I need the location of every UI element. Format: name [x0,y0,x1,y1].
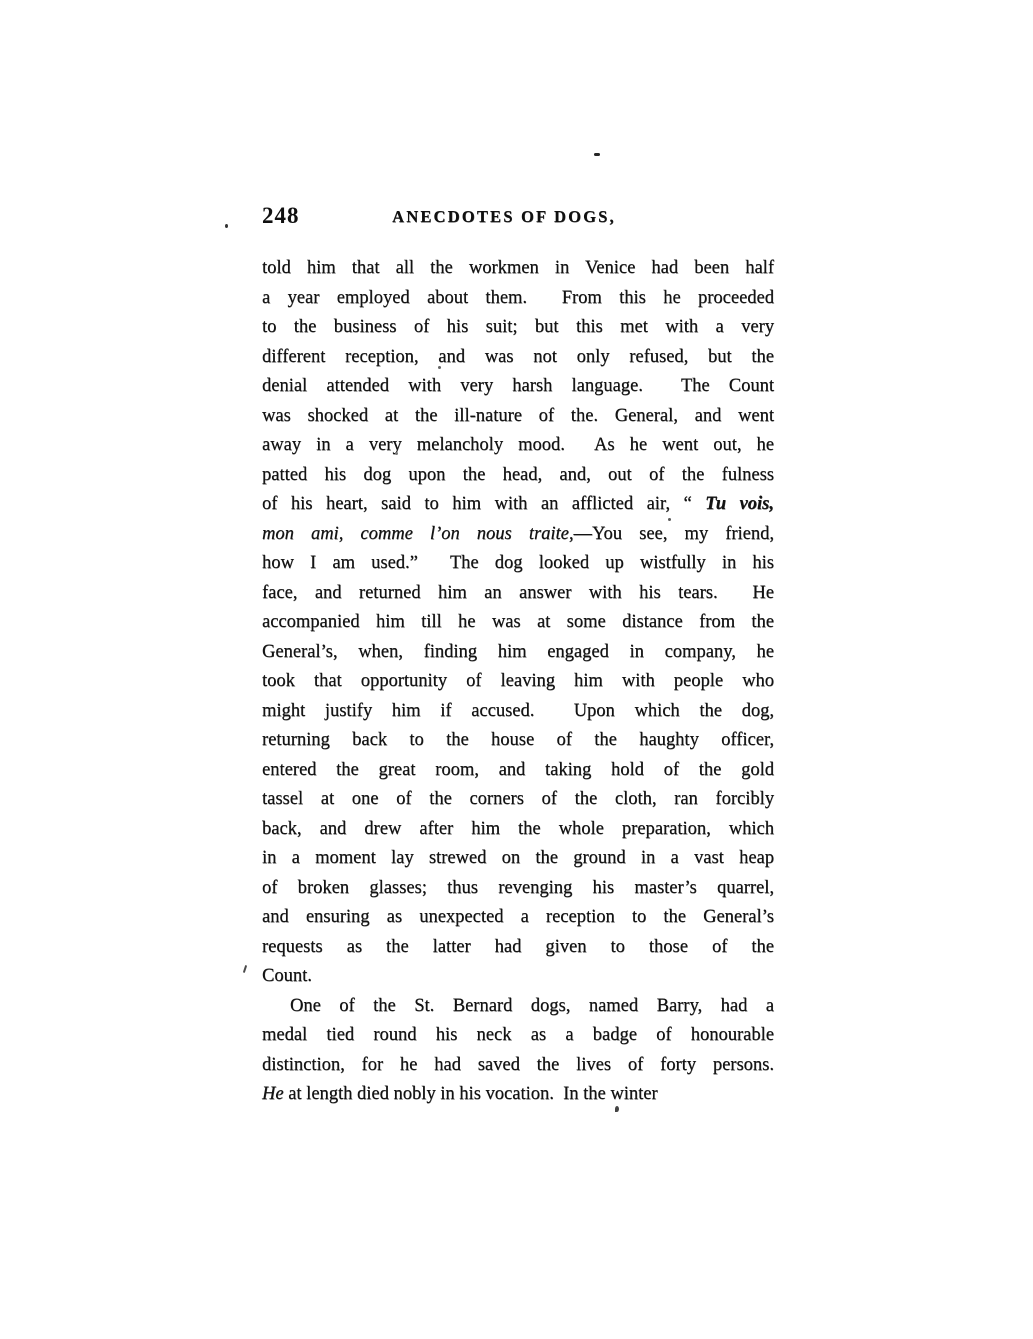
text-line: of his heart, said to him with an afflic… [262,490,774,520]
body-text-block: told him that all the workmen in Venice … [262,254,774,1110]
text-segment: denial attended with very harsh language… [262,376,774,396]
text-line: to the business of his suit; but this me… [262,313,774,343]
book-page: 248 ANECDOTES OF DOGS, told him that all… [0,0,1033,1339]
text-segment: distinction, for he had saved the lives … [262,1055,774,1075]
text-line: tassel at one of the corners of the clot… [262,785,774,815]
text-line: how I am used.” The dog looked up wistfu… [262,549,774,579]
text-line: mon ami, comme l’on nous traite,—You see… [262,520,774,550]
text-line: a year employed about them. From this he… [262,284,774,314]
text-segment: mon ami, comme l’on nous traite, [262,524,574,544]
text-segment: He [262,1084,284,1104]
text-segment: and ensuring as unexpected a reception t… [262,907,774,927]
text-segment: how I am used.” The dog looked up wistfu… [262,553,774,573]
text-line: accompanied him till he was at some dist… [262,608,774,638]
text-segment: One of the St. Bernard dogs, named Barry… [290,996,774,1016]
text-segment: —You see, my friend, [574,524,774,544]
text-segment: Tu vois, [705,494,774,514]
text-segment: tassel at one of the corners of the clot… [262,789,774,809]
text-segment: was shocked at the ill-nature of the. Ge… [262,406,774,426]
text-segment: back, and drew after him the whole prepa… [262,819,774,839]
text-line: patted his dog upon the head, and, out o… [262,461,774,491]
text-line: returning back to the house of the haugh… [262,726,774,756]
text-segment: medal tied round his neck as a badge of … [262,1025,774,1045]
text-line: face, and returned him an answer with hi… [262,579,774,609]
text-line: and ensuring as unexpected a reception t… [262,903,774,933]
scan-speck [395,452,398,455]
text-line: He at length died nobly in his vocation.… [262,1080,774,1110]
scan-speck [225,224,228,228]
text-line: away in a very melancholy mood. As he we… [262,431,774,461]
text-line: denial attended with very harsh language… [262,372,774,402]
text-line: might justify him if accused. Upon which… [262,697,774,727]
text-segment: might justify him if accused. Upon which… [262,701,774,721]
text-line: Count. [262,962,774,992]
text-segment: returning back to the house of the haugh… [262,730,774,750]
running-head-title: ANECDOTES OF DOGS, [248,207,760,227]
scan-speck [594,153,600,156]
scan-speck [438,366,441,369]
text-line: told him that all the workmen in Venice … [262,254,774,284]
text-segment: away in a very melancholy mood. As he we… [262,435,774,455]
text-line: entered the great room, and taking hold … [262,756,774,786]
text-segment: Count. [262,966,312,986]
text-line: requests as the latter had given to thos… [262,933,774,963]
text-segment: of his heart, said to him with an afflic… [262,494,705,514]
text-segment: of broken glasses; thus revenging his ma… [262,878,774,898]
text-segment: different reception, and was not only re… [262,347,774,367]
text-segment: requests as the latter had given to thos… [262,937,774,957]
text-line: back, and drew after him the whole prepa… [262,815,774,845]
text-line: was shocked at the ill-nature of the. Ge… [262,402,774,432]
text-segment: accompanied him till he was at some dist… [262,612,774,632]
scan-speck [243,965,247,973]
text-segment: to the business of his suit; but this me… [262,317,774,337]
text-segment: a year employed about them. From this he… [262,288,774,308]
text-segment: entered the great room, and taking hold … [262,760,774,780]
text-line: One of the St. Bernard dogs, named Barry… [262,992,774,1022]
text-segment: patted his dog upon the head, and, out o… [262,465,774,485]
text-segment: told him that all the workmen in Venice … [262,258,774,278]
text-line: distinction, for he had saved the lives … [262,1051,774,1081]
text-line: General’s, when, finding him engaged in … [262,638,774,668]
text-segment: in a moment lay strewed on the ground in… [262,848,774,868]
text-segment: at length died nobly in his vocation. In… [284,1084,658,1104]
text-line: in a moment lay strewed on the ground in… [262,844,774,874]
text-segment: face, and returned him an answer with hi… [262,583,774,603]
page-header: 248 ANECDOTES OF DOGS, [262,203,774,233]
text-segment: General’s, when, finding him engaged in … [262,642,774,662]
text-line: different reception, and was not only re… [262,343,774,373]
text-line: medal tied round his neck as a badge of … [262,1021,774,1051]
text-line: of broken glasses; thus revenging his ma… [262,874,774,904]
text-segment: took that opportunity of leaving him wit… [262,671,774,691]
scan-speck [668,518,671,521]
scan-speck [615,1106,619,1112]
text-line: took that opportunity of leaving him wit… [262,667,774,697]
